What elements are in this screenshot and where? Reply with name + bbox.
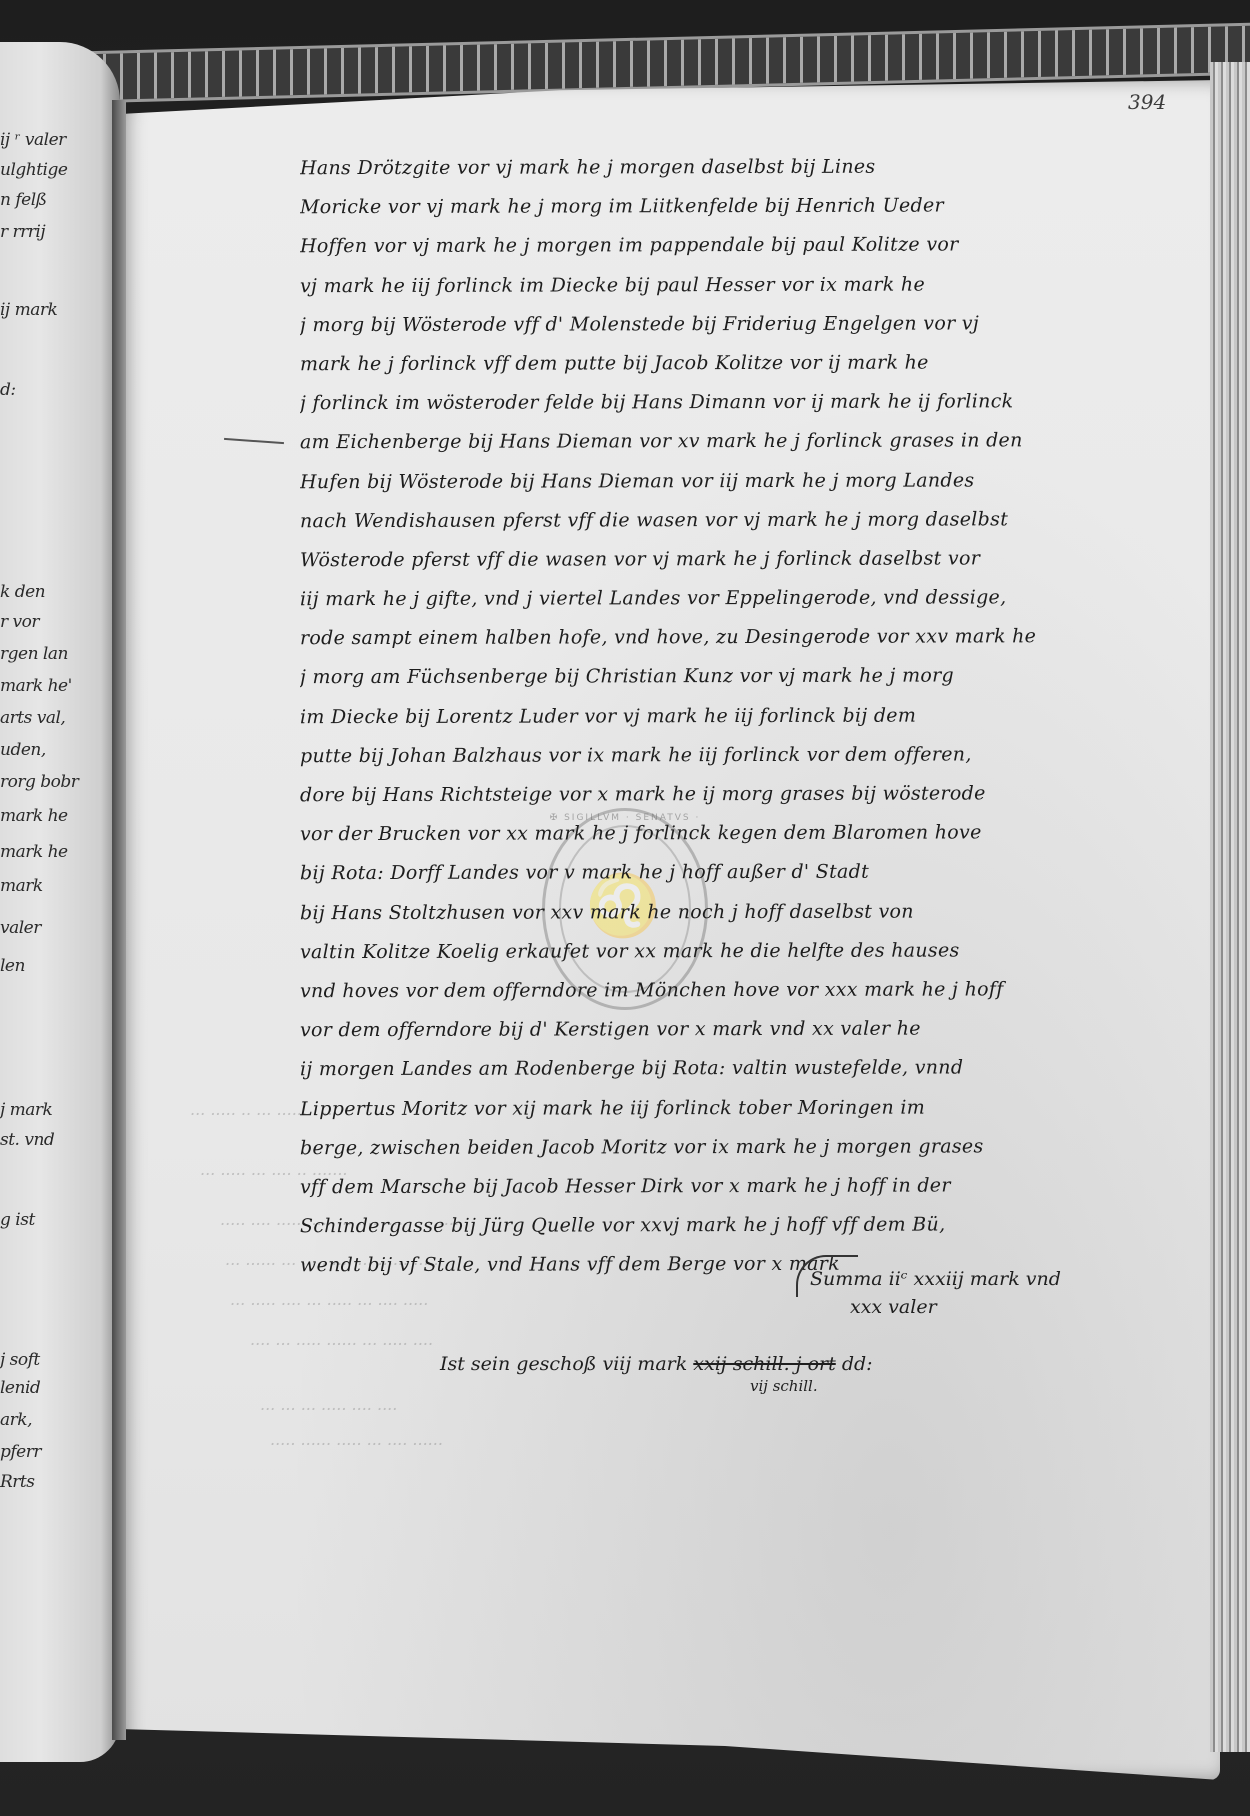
manuscript-line: vj mark he iij forlinck im Diecke bij pa… <box>300 264 1210 306</box>
left-page-text-fragment: valer <box>0 918 41 938</box>
left-page-text-fragment: rgen lan <box>0 644 68 664</box>
manuscript-line: vor der Brucken vor xx mark he j forlinc… <box>300 813 1210 855</box>
left-page-text-fragment: r vor <box>0 612 39 632</box>
manuscript-line: Hufen bij Wösterode bij Hans Dieman vor … <box>300 460 1210 502</box>
manuscript-line: am Eichenberge bij Hans Dieman vor xv ma… <box>300 421 1210 463</box>
left-page-text-fragment: d: <box>0 380 16 400</box>
manuscript-line: rode sampt einem halben hofe, vnd hove, … <box>300 617 1210 659</box>
fore-edge-page-stack <box>1210 62 1250 1752</box>
manuscript-line: putte bij Johan Balzhaus vor ix mark he … <box>300 735 1210 777</box>
manuscript-line: iij mark he j gifte, vnd j viertel Lande… <box>300 578 1210 620</box>
left-page-text-fragment: j soft <box>0 1350 40 1370</box>
left-page-text-fragment: arts val, <box>0 708 65 728</box>
manuscript-line: mark he j forlinck vff dem putte bij Jac… <box>300 343 1210 385</box>
summary-note: Summa iiᶜ xxxiij mark vnd xxx valer <box>810 1265 1061 1321</box>
final-line-prefix: Ist sein geschoß viij mark <box>440 1353 687 1375</box>
left-page-text-fragment: rorg bobr <box>0 772 78 792</box>
final-tax-line: Ist sein geschoß viij mark xxij schill. … <box>440 1353 873 1375</box>
manuscript-line: valtin Kolitze Koelig erkaufet vor xx ma… <box>300 931 1210 973</box>
left-page-text-fragment: ark, <box>0 1410 32 1430</box>
left-page-text-fragment: uden, <box>0 740 46 760</box>
bleed-through-line: .... ... ..... ...... ... ..... .... <box>250 1330 433 1349</box>
manuscript-line: Hoffen vor vj mark he j morgen im pappen… <box>300 225 1210 267</box>
manuscript-line: bij Hans Stoltzhusen vor xxv mark he noc… <box>300 891 1210 933</box>
manuscript-line: dore bij Hans Richtsteige vor x mark he … <box>300 774 1210 816</box>
left-page-text-fragment: mark he' <box>0 676 72 696</box>
manuscript-line: Schindergasse bij Jürg Quelle vor xxvj m… <box>300 1205 1210 1247</box>
handwritten-text-block: Hans Drötzgite vor vj mark he j morgen d… <box>300 148 1210 1284</box>
interlinear-correction: vij schill. <box>750 1377 818 1395</box>
manuscript-line: Moricke vor vj mark he j morg im Liitken… <box>300 186 1210 228</box>
manuscript-line: Hans Drötzgite vor vj mark he j morgen d… <box>300 147 1210 189</box>
summary-line-2: xxx valer <box>810 1293 1061 1321</box>
bleed-through-line: ... ..... .... ... ..... ... .... ..... <box>230 1290 428 1309</box>
manuscript-line: j forlinck im wösteroder felde bij Hans … <box>300 382 1210 424</box>
manuscript-line: nach Wendishausen pferst vff die wasen v… <box>300 499 1210 541</box>
manuscript-line: berge, zwischen beiden Jacob Moritz vor … <box>300 1126 1210 1168</box>
book-gutter <box>112 100 126 1740</box>
manuscript-line: vnd hoves vor dem offerndore im Mönchen … <box>300 970 1210 1012</box>
left-page-text-fragment: ij mark <box>0 300 57 320</box>
left-page-text-fragment: mark <box>0 876 43 896</box>
left-page-text-fragment: k den <box>0 582 45 602</box>
left-page-text-fragment: mark he <box>0 806 68 826</box>
left-page-text-fragment: n felß <box>0 190 47 210</box>
manuscript-line: im Diecke bij Lorentz Luder vor vj mark … <box>300 695 1210 737</box>
left-page-text-fragment: j mark <box>0 1100 52 1120</box>
left-page-text-fragment: Rrts <box>0 1472 34 1492</box>
manuscript-line: Lippertus Moritz vor xij mark he iij for… <box>300 1087 1210 1129</box>
left-page-verso: ij ʳ valerulghtigen felßr rrrijij markd:… <box>0 42 120 1762</box>
left-page-text-fragment: ulghtige <box>0 160 67 180</box>
final-line-suffix: dd: <box>842 1353 873 1375</box>
manuscript-line: Wösterode pferst vff die wasen vor vj ma… <box>300 539 1210 581</box>
left-page-text-fragment: pferr <box>0 1442 41 1462</box>
left-page-text-fragment: len <box>0 956 25 976</box>
bleed-through-line: ... ... ... ..... .... .... <box>260 1395 397 1414</box>
struck-through-text: xxij schill. j ort <box>693 1353 835 1375</box>
left-page-text-fragment: st. vnd <box>0 1130 54 1150</box>
left-page-text-fragment: g ist <box>0 1210 35 1230</box>
left-page-text-fragment: lenid <box>0 1378 40 1398</box>
manuscript-line: j morg bij Wösterode vff d' Molenstede b… <box>300 304 1210 346</box>
left-page-text-fragment: mark he <box>0 842 68 862</box>
manuscript-line: vor dem offerndore bij d' Kerstigen vor … <box>300 1009 1210 1051</box>
left-page-text-fragment: r rrrij <box>0 222 45 242</box>
folio-number: 394 <box>1128 90 1166 114</box>
manuscript-line: wendt bij vf Stale, vnd Hans vff dem Ber… <box>300 1244 1210 1286</box>
bleed-through-line: ..... ...... ..... ... .... ...... <box>270 1430 443 1449</box>
manuscript-line: ij morgen Landes am Rodenberge bij Rota:… <box>300 1048 1210 1090</box>
manuscript-line: vff dem Marsche bij Jacob Hesser Dirk vo… <box>300 1166 1210 1208</box>
left-page-text-fragment: ij ʳ valer <box>0 130 66 150</box>
manuscript-line: j morg am Füchsenberge bij Christian Kun… <box>300 656 1210 698</box>
manuscript-line: bij Rota: Dorff Landes vor v mark he j h… <box>300 852 1210 894</box>
